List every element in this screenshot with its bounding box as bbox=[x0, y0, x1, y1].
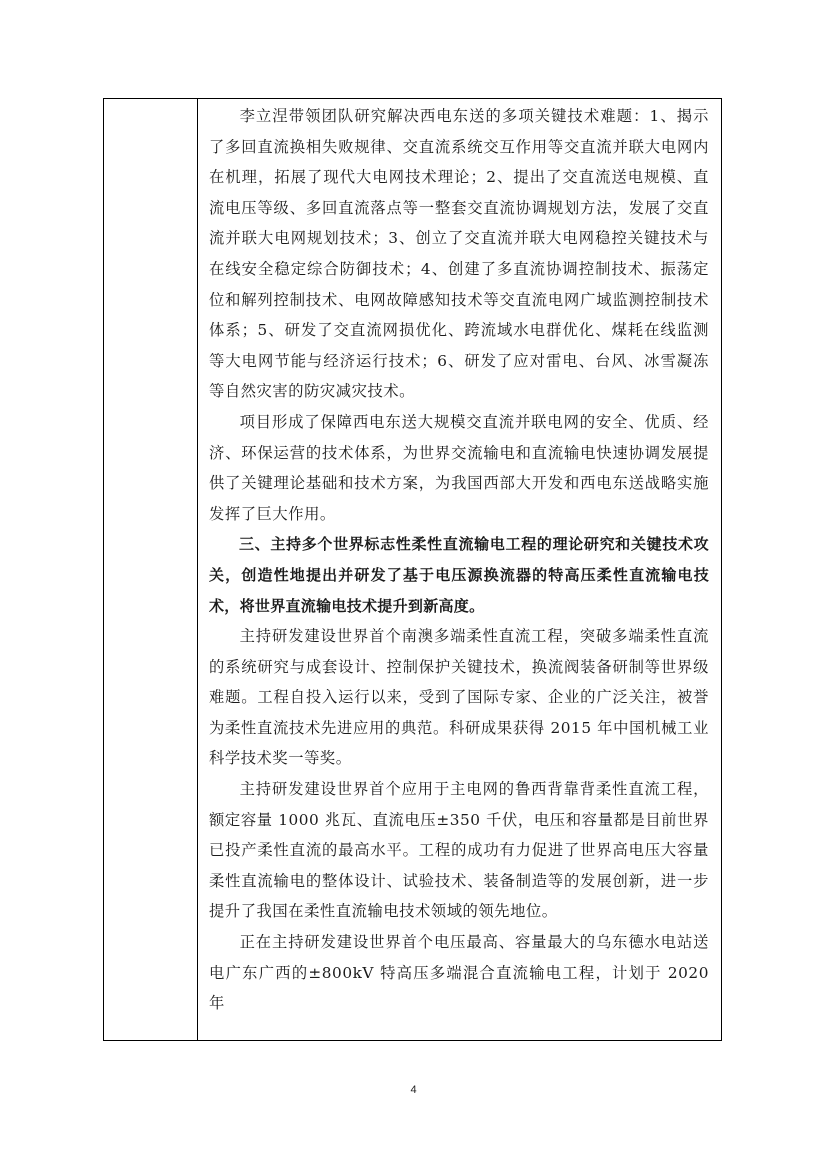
table-right-cell: 李立涅带领团队研究解决西电东送的多项关键技术难题：1、揭示了多回直流换相失败规律… bbox=[198, 99, 721, 1040]
paragraph-wudongde-project: 正在主持研发建设世界首个电压最高、容量最大的乌东德水电站送电广东广西的±800k… bbox=[209, 927, 709, 1019]
paragraph-key-technologies: 李立涅带领团队研究解决西电东送的多项关键技术难题：1、揭示了多回直流换相失败规律… bbox=[209, 101, 709, 407]
paragraph-nanao-project: 主持研发建设世界首个南澳多端柔性直流工程，突破多端柔性直流的系统研究与成套设计、… bbox=[209, 621, 709, 774]
section-heading-three: 三、主持多个世界标志性柔性直流输电工程的理论研究和关键技术攻关，创造性地提出并研… bbox=[209, 529, 709, 621]
paragraph-luxi-project: 主持研发建设世界首个应用于主电网的鲁西背靠背柔性直流工程，额定容量 1000 兆… bbox=[209, 774, 709, 927]
page-number: 4 bbox=[0, 1084, 827, 1096]
table-left-cell bbox=[104, 99, 198, 1040]
content-table: 李立涅带领团队研究解决西电东送的多项关键技术难题：1、揭示了多回直流换相失败规律… bbox=[103, 98, 722, 1041]
paragraph-project-outcome: 项目形成了保障西电东送大规模交直流并联电网的安全、优质、经济、环保运营的技术体系… bbox=[209, 407, 709, 529]
